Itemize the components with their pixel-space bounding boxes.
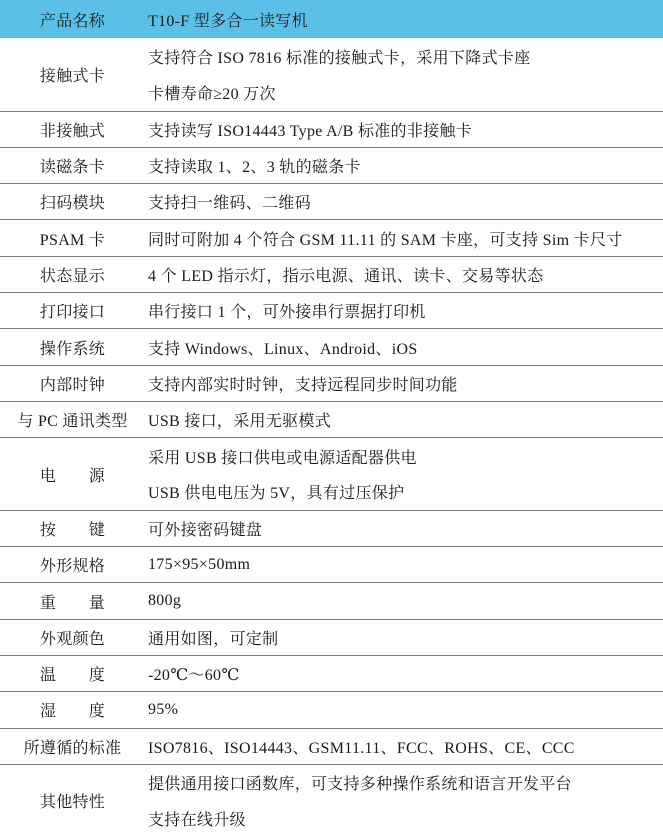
spec-value-line: 支持符合 ISO 7816 标准的接触式卡，采用下降式卡座 [148, 38, 663, 74]
spec-value: 可外接密码键盘 [145, 511, 663, 546]
spec-value: 支持读取 1、2、3 轨的磁条卡 [145, 148, 663, 183]
spec-label: 湿 度 [0, 692, 145, 727]
spec-value-line: 支持 Windows、Linux、Android、iOS [148, 336, 663, 359]
spec-value-line: 支持扫一维码、二维码 [148, 190, 663, 213]
spec-value: 同时可附加 4 个符合 GSM 11.11 的 SAM 卡座，可支持 Sim 卡… [145, 220, 663, 255]
spec-value-line: 提供通用接口函数库，可支持多种操作系统和语言开发平台 [148, 765, 663, 801]
table-row: 按 键 可外接密码键盘 [0, 510, 663, 546]
table-row: 电 源 采用 USB 接口供电或电源适配器供电USB 供电电压为 5V，具有过压… [0, 437, 663, 510]
spec-label: 产品名称 [0, 0, 145, 38]
spec-value-line: 175×95×50mm [148, 556, 663, 574]
spec-value-line: 串行接口 1 个，可外接串行票据打印机 [148, 299, 663, 322]
table-row: 与 PC 通讯类型 USB 接口，采用无驱模式 [0, 401, 663, 437]
table-row: 所遵循的标准 ISO7816、ISO14443、GSM11.11、FCC、ROH… [0, 728, 663, 764]
spec-label: 其他特性 [0, 765, 145, 837]
spec-value-line: 支持读写 ISO14443 Type A/B 标准的非接触卡 [148, 118, 663, 141]
spec-label: 所遵循的标准 [0, 729, 145, 764]
spec-value-line: 采用 USB 接口供电或电源适配器供电 [148, 438, 663, 474]
spec-value: 支持扫一维码、二维码 [145, 184, 663, 219]
spec-value-line: USB 供电电压为 5V，具有过压保护 [148, 474, 663, 510]
spec-label: 外形规格 [0, 547, 145, 582]
spec-label: 状态显示 [0, 257, 145, 292]
spec-value: 支持 Windows、Linux、Android、iOS [145, 329, 663, 364]
table-row: 读磁条卡 支持读取 1、2、3 轨的磁条卡 [0, 147, 663, 183]
spec-label: 温 度 [0, 656, 145, 691]
spec-value: 采用 USB 接口供电或电源适配器供电USB 供电电压为 5V，具有过压保护 [145, 438, 663, 510]
spec-label: 按 键 [0, 511, 145, 546]
spec-label: 非接触式 [0, 112, 145, 147]
spec-value: 提供通用接口函数库，可支持多种操作系统和语言开发平台支持在线升级 [145, 765, 663, 837]
spec-label: 打印接口 [0, 293, 145, 328]
spec-value: 4 个 LED 指示灯，指示电源、通讯、读卡、交易等状态 [145, 257, 663, 292]
spec-value: 通用如图，可定制 [145, 620, 663, 655]
spec-value-line: ISO7816、ISO14443、GSM11.11、FCC、ROHS、CE、CC… [148, 735, 663, 758]
table-row: 操作系统 支持 Windows、Linux、Android、iOS [0, 328, 663, 364]
spec-value: 800g [145, 583, 663, 618]
table-row: 接触式卡 支持符合 ISO 7816 标准的接触式卡，采用下降式卡座卡槽寿命≥2… [0, 38, 663, 111]
spec-value-line: -20℃～60℃ [148, 662, 663, 685]
spec-label: 电 源 [0, 438, 145, 510]
table-row: 其他特性 提供通用接口函数库，可支持多种操作系统和语言开发平台支持在线升级 [0, 764, 663, 837]
spec-value-line: 支持读取 1、2、3 轨的磁条卡 [148, 154, 663, 177]
spec-label: 外观颜色 [0, 620, 145, 655]
spec-value: 支持内部实时时钟，支持远程同步时间功能 [145, 366, 663, 401]
spec-label: 读磁条卡 [0, 148, 145, 183]
spec-value: 串行接口 1 个，可外接串行票据打印机 [145, 293, 663, 328]
spec-value-line: USB 接口，采用无驱模式 [148, 408, 663, 431]
spec-document-page: 产品名称 T10-F 型多合一读写机 接触式卡 支持符合 ISO 7816 标准… [0, 0, 663, 838]
table-header-row: 产品名称 T10-F 型多合一读写机 [0, 0, 663, 38]
spec-label: 内部时钟 [0, 366, 145, 401]
spec-label: 重 量 [0, 583, 145, 618]
spec-value: 支持符合 ISO 7816 标准的接触式卡，采用下降式卡座卡槽寿命≥20 万次 [145, 38, 663, 111]
spec-label: 接触式卡 [0, 38, 145, 111]
spec-label: 操作系统 [0, 329, 145, 364]
table-row: 外形规格 175×95×50mm [0, 546, 663, 582]
spec-value-line: 通用如图，可定制 [148, 626, 663, 649]
spec-value: T10-F 型多合一读写机 [145, 0, 663, 38]
spec-value-line: 支持在线升级 [148, 801, 663, 837]
spec-label: 扫码模块 [0, 184, 145, 219]
spec-table: 产品名称 T10-F 型多合一读写机 接触式卡 支持符合 ISO 7816 标准… [0, 0, 663, 838]
spec-value: 175×95×50mm [145, 547, 663, 582]
spec-value: 95% [145, 692, 663, 727]
table-row: 温 度 -20℃～60℃ [0, 655, 663, 691]
spec-label: PSAM 卡 [0, 220, 145, 255]
spec-value-line: 卡槽寿命≥20 万次 [148, 74, 663, 110]
spec-value-line: 同时可附加 4 个符合 GSM 11.11 的 SAM 卡座，可支持 Sim 卡… [148, 227, 663, 250]
spec-value-line: 可外接密码键盘 [148, 517, 663, 540]
table-row: PSAM 卡 同时可附加 4 个符合 GSM 11.11 的 SAM 卡座，可支… [0, 219, 663, 255]
table-row: 外观颜色 通用如图，可定制 [0, 619, 663, 655]
spec-value-line: 95% [148, 701, 663, 719]
spec-label: 与 PC 通讯类型 [0, 402, 145, 437]
spec-value-line: 800g [148, 592, 663, 610]
spec-value-line: T10-F 型多合一读写机 [148, 8, 663, 31]
spec-value-line: 4 个 LED 指示灯，指示电源、通讯、读卡、交易等状态 [148, 263, 663, 286]
table-row: 非接触式 支持读写 ISO14443 Type A/B 标准的非接触卡 [0, 111, 663, 147]
spec-value-line: 支持内部实时时钟，支持远程同步时间功能 [148, 372, 663, 395]
table-row: 状态显示 4 个 LED 指示灯，指示电源、通讯、读卡、交易等状态 [0, 256, 663, 292]
spec-value: 支持读写 ISO14443 Type A/B 标准的非接触卡 [145, 112, 663, 147]
table-row: 内部时钟 支持内部实时时钟，支持远程同步时间功能 [0, 365, 663, 401]
table-row: 湿 度 95% [0, 691, 663, 727]
spec-value: ISO7816、ISO14443、GSM11.11、FCC、ROHS、CE、CC… [145, 729, 663, 764]
spec-value: USB 接口，采用无驱模式 [145, 402, 663, 437]
table-row: 扫码模块 支持扫一维码、二维码 [0, 183, 663, 219]
table-row: 重 量 800g [0, 582, 663, 618]
table-row: 打印接口 串行接口 1 个，可外接串行票据打印机 [0, 292, 663, 328]
spec-value: -20℃～60℃ [145, 656, 663, 691]
